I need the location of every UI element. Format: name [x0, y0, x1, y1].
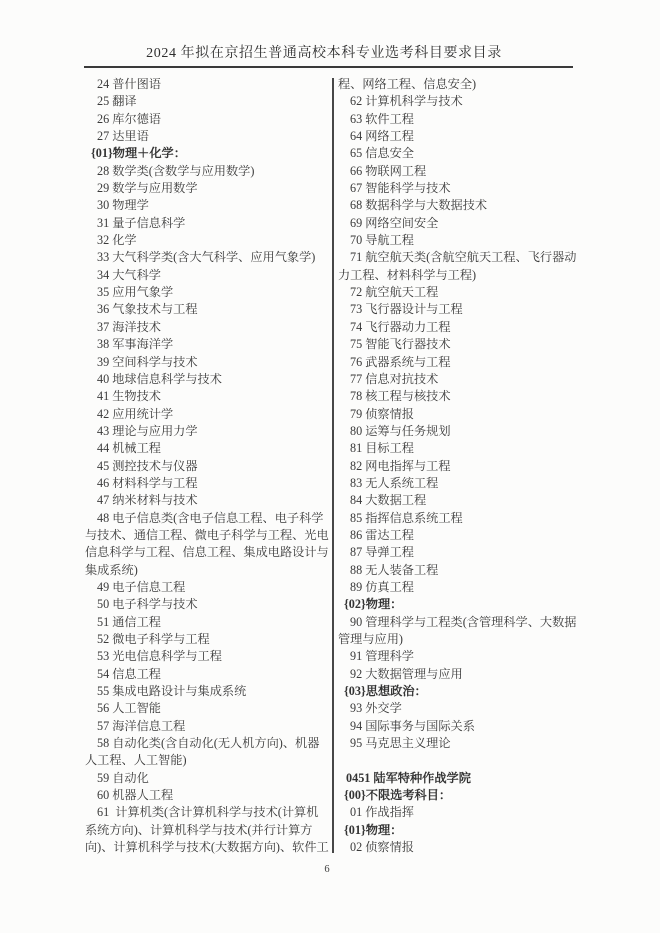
text-line: 人工程、人工智能) [85, 752, 331, 769]
text-line: 47 纳米材料与技术 [85, 492, 331, 509]
text-line: 94 国际事务与国际关系 [338, 718, 582, 735]
blank-line [338, 752, 582, 769]
text-line: 系统方向)、计算机科学与技术(并行计算方 [85, 822, 331, 839]
text-line: 79 侦察情报 [338, 406, 582, 423]
document-page: 2024 年拟在京招生普通高校本科专业选考科目要求目录 24 普什图语25 翻译… [0, 0, 660, 933]
text-line: 集成系统) [85, 562, 331, 579]
text-line: 30 物理学 [85, 197, 331, 214]
title-underline-rule [84, 66, 573, 68]
text-line: 39 空间科学与技术 [85, 354, 331, 371]
text-line: 84 大数据工程 [338, 492, 582, 509]
text-line: 38 军事海洋学 [85, 336, 331, 353]
left-column: 24 普什图语25 翻译26 库尔德语27 达里语{01}物理＋化学：28 数学… [85, 76, 331, 856]
text-line: 82 网电指挥与工程 [338, 458, 582, 475]
text-line: 41 生物技术 [85, 388, 331, 405]
text-line: 25 翻译 [85, 93, 331, 110]
text-line: 66 物联网工程 [338, 163, 582, 180]
text-line: 40 地球信息科学与技术 [85, 371, 331, 388]
text-line: 34 大气科学 [85, 267, 331, 284]
text-line: 63 软件工程 [338, 111, 582, 128]
text-line: 力工程、材料科学与工程) [338, 267, 582, 284]
text-line: 48 电子信息类(含电子信息工程、电子科学 [85, 510, 331, 527]
text-line: 70 导航工程 [338, 232, 582, 249]
text-line: 69 网络空间安全 [338, 215, 582, 232]
text-line: 24 普什图语 [85, 76, 331, 93]
text-line: 37 海洋技术 [85, 319, 331, 336]
text-line: 35 应用气象学 [85, 284, 331, 301]
text-line: 53 光电信息科学与工程 [85, 648, 331, 665]
text-line: 0451 陆军特种作战学院 [338, 770, 582, 787]
text-line: 60 机器人工程 [85, 787, 331, 804]
text-line: 45 测控技术与仪器 [85, 458, 331, 475]
text-line: 52 微电子科学与工程 [85, 631, 331, 648]
text-line: 61 计算机类(含计算机科学与技术(计算机 [85, 804, 331, 821]
text-line: 与技术、通信工程、微电子科学与工程、光电 [85, 527, 331, 544]
text-line: 90 管理科学与工程类(含管理科学、大数据 [338, 614, 582, 631]
text-line: 83 无人系统工程 [338, 475, 582, 492]
text-line: 49 电子信息工程 [85, 579, 331, 596]
text-line: 87 导弹工程 [338, 544, 582, 561]
text-line: 77 信息对抗技术 [338, 371, 582, 388]
text-line: 64 网络工程 [338, 128, 582, 145]
text-line: 33 大气科学类(含大气科学、应用气象学) [85, 249, 331, 266]
text-line: 78 核工程与核技术 [338, 388, 582, 405]
text-line: 程、网络工程、信息安全) [338, 76, 582, 93]
text-line: 29 数学与应用数学 [85, 180, 331, 197]
text-line: 72 航空航天工程 [338, 284, 582, 301]
text-line: 44 机械工程 [85, 440, 331, 457]
text-line: 50 电子科学与技术 [85, 596, 331, 613]
text-line: {00}不限选考科目： [338, 787, 582, 804]
text-line: 62 计算机科学与技术 [338, 93, 582, 110]
column-divider-line [332, 78, 334, 853]
page-title: 2024 年拟在京招生普通高校本科专业选考科目要求目录 [0, 42, 648, 62]
text-line: 32 化学 [85, 232, 331, 249]
text-line: 86 雷达工程 [338, 527, 582, 544]
text-line: 59 自动化 [85, 770, 331, 787]
text-line: 68 数据科学与大数据技术 [338, 197, 582, 214]
text-line: 92 大数据管理与应用 [338, 666, 582, 683]
text-line: 31 量子信息科学 [85, 215, 331, 232]
text-line: 81 目标工程 [338, 440, 582, 457]
text-line: 74 飞行器动力工程 [338, 319, 582, 336]
text-line: 信息科学与工程、信息工程、集成电路设计与 [85, 544, 331, 561]
text-line: 管理与应用) [338, 631, 582, 648]
page-number: 6 [0, 864, 654, 875]
text-line: 向)、计算机科学与技术(大数据方向)、软件工 [85, 839, 331, 856]
right-column: 程、网络工程、信息安全)62 计算机科学与技术63 软件工程64 网络工程65 … [338, 76, 582, 856]
text-line: 57 海洋信息工程 [85, 718, 331, 735]
text-line: 75 智能飞行器技术 [338, 336, 582, 353]
text-line: {01}物理＋化学： [85, 145, 331, 162]
text-line: 28 数学类(含数学与应用数学) [85, 163, 331, 180]
text-line: 54 信息工程 [85, 666, 331, 683]
text-line: 67 智能科学与技术 [338, 180, 582, 197]
text-line: 46 材料科学与工程 [85, 475, 331, 492]
text-line: 91 管理科学 [338, 648, 582, 665]
text-line: 36 气象技术与工程 [85, 301, 331, 318]
text-line: 65 信息安全 [338, 145, 582, 162]
text-line: {03}思想政治： [338, 683, 582, 700]
text-line: 56 人工智能 [85, 700, 331, 717]
text-line: 88 无人装备工程 [338, 562, 582, 579]
text-line: 55 集成电路设计与集成系统 [85, 683, 331, 700]
text-line: 27 达里语 [85, 128, 331, 145]
text-line: 93 外交学 [338, 700, 582, 717]
text-line: 71 航空航天类(含航空航天工程、飞行器动 [338, 249, 582, 266]
text-line: 51 通信工程 [85, 614, 331, 631]
text-line: 01 作战指挥 [338, 804, 582, 821]
text-line: 02 侦察情报 [338, 839, 582, 856]
text-line: 58 自动化类(含自动化(无人机方向)、机器 [85, 735, 331, 752]
text-line: 76 武器系统与工程 [338, 354, 582, 371]
text-line: {02}物理： [338, 596, 582, 613]
text-line: 85 指挥信息系统工程 [338, 510, 582, 527]
text-line: {01}物理： [338, 822, 582, 839]
text-line: 26 库尔德语 [85, 111, 331, 128]
text-line: 43 理论与应用力学 [85, 423, 331, 440]
text-line: 95 马克思主义理论 [338, 735, 582, 752]
text-line: 80 运筹与任务规划 [338, 423, 582, 440]
text-line: 89 仿真工程 [338, 579, 582, 596]
text-line: 73 飞行器设计与工程 [338, 301, 582, 318]
text-line: 42 应用统计学 [85, 406, 331, 423]
